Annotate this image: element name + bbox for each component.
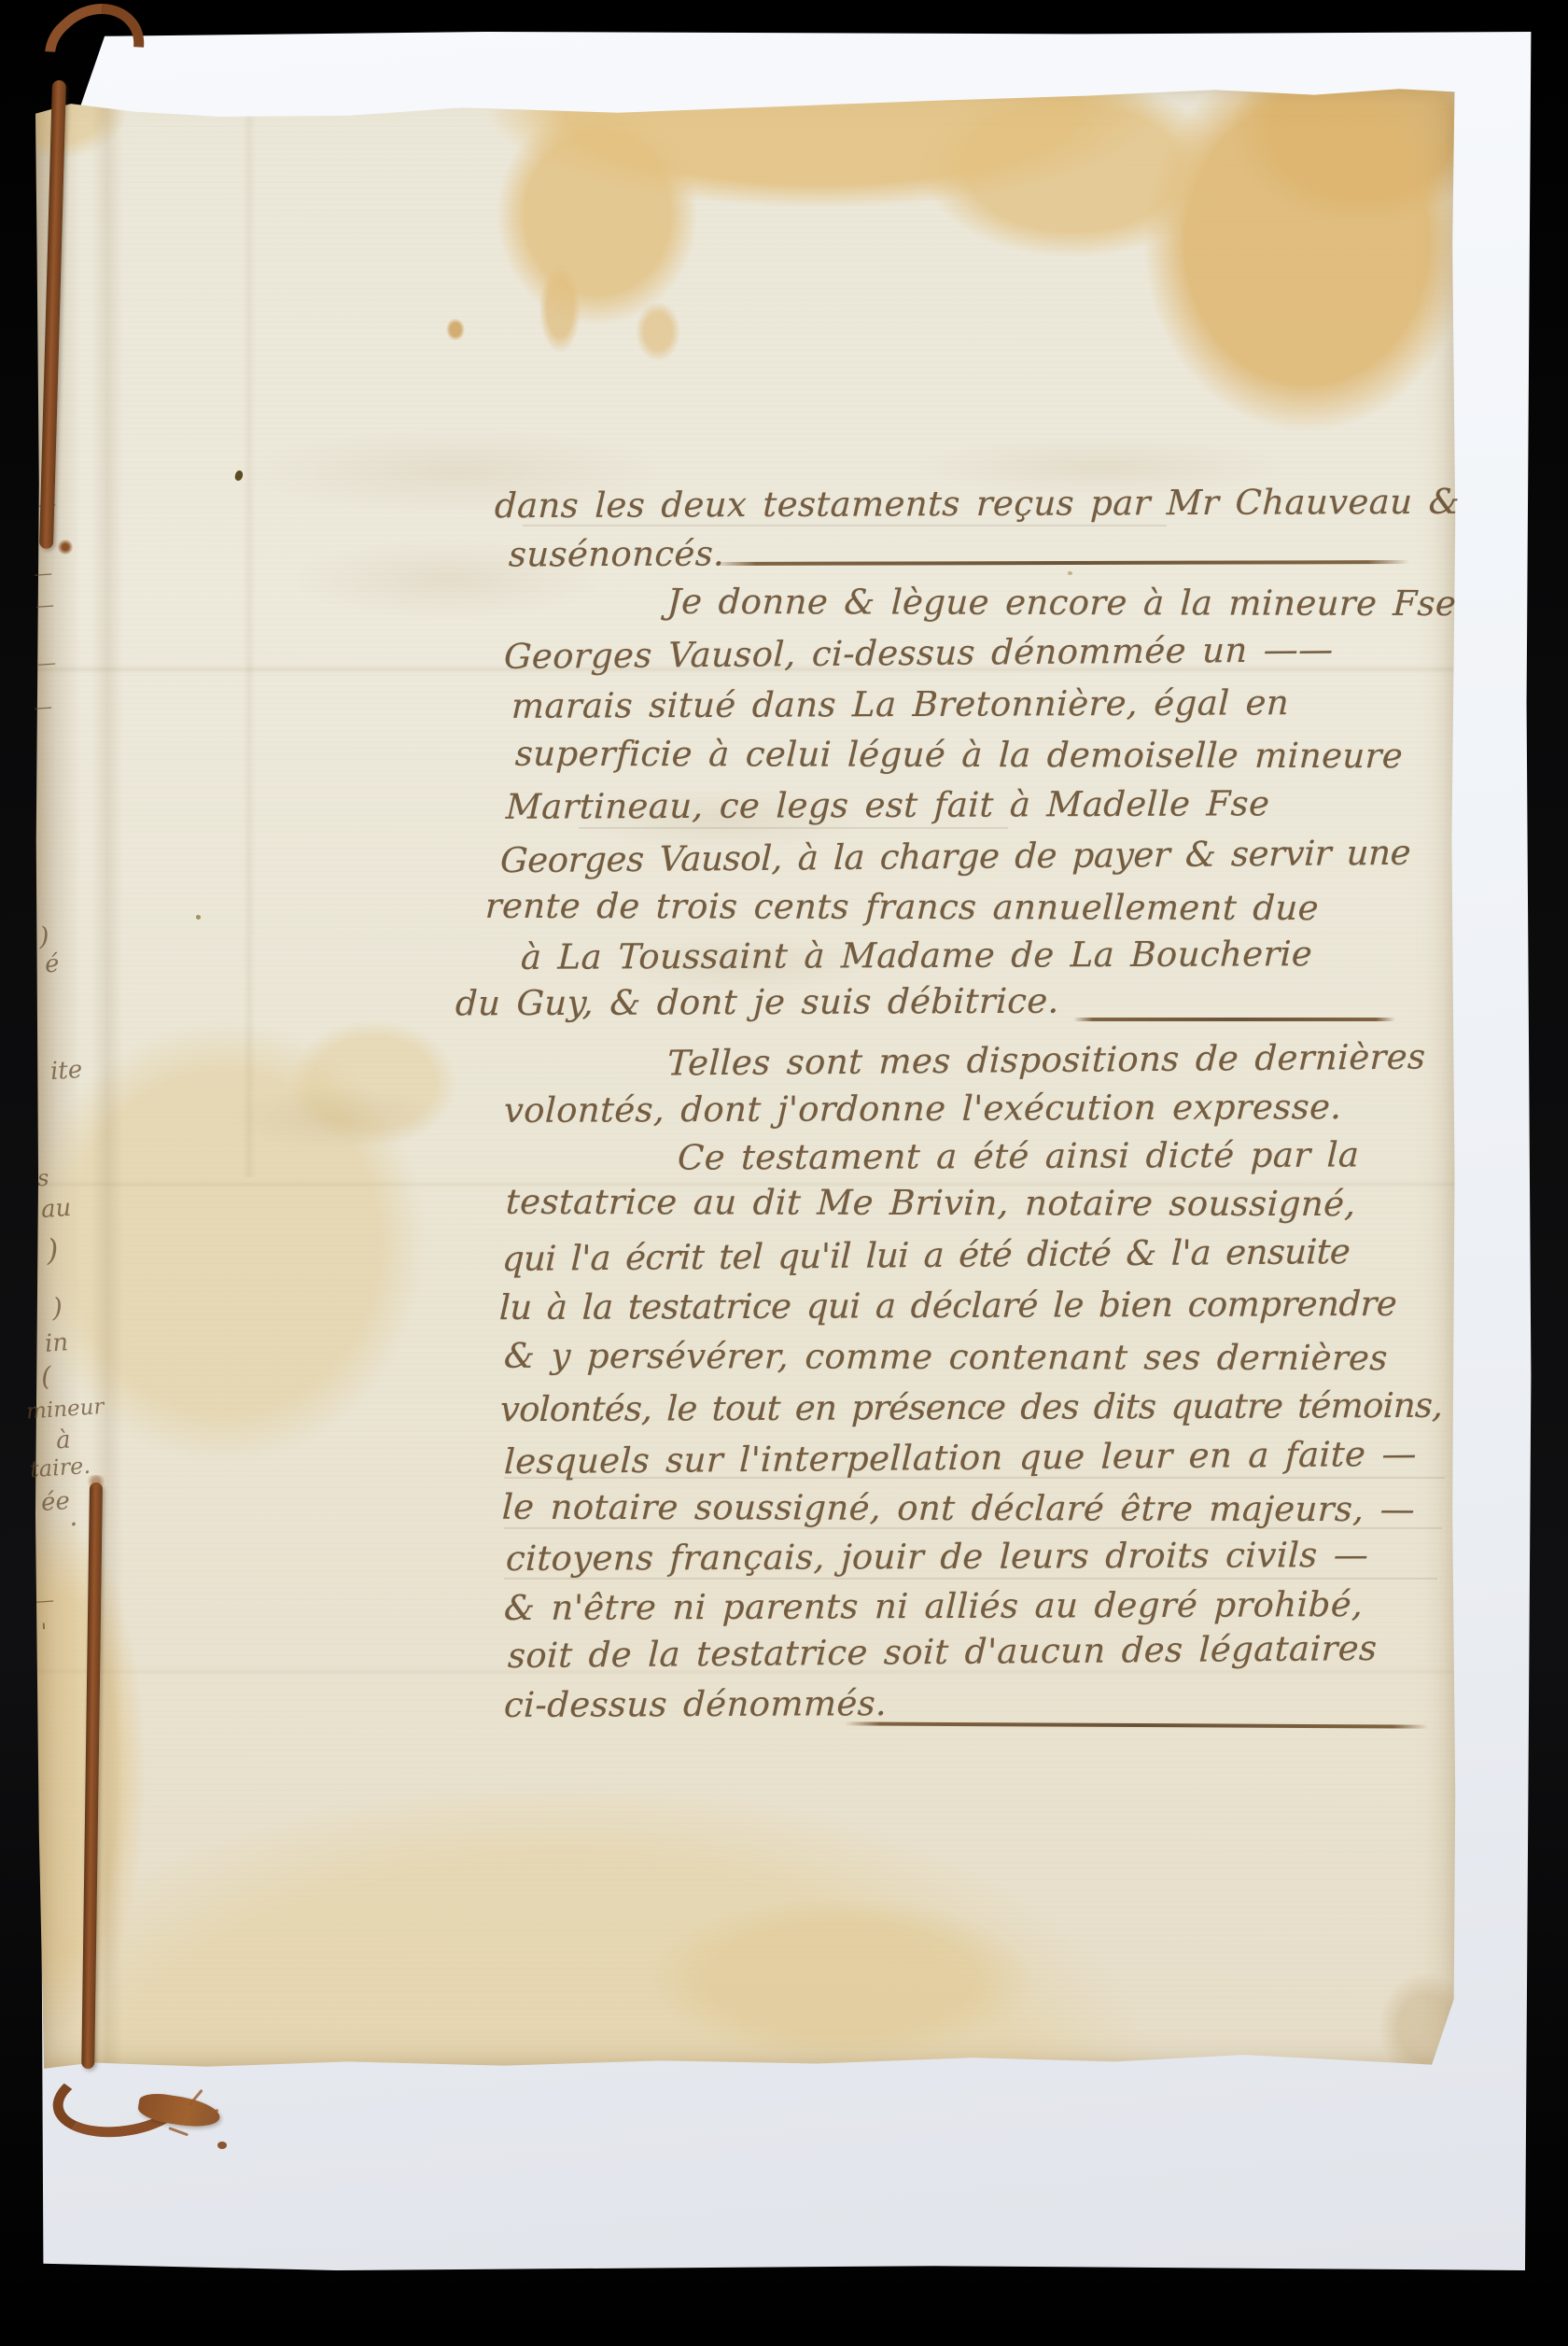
manuscript-line: du Guy, & dont je suis débitrice.: [455, 981, 1059, 1024]
edge-fragment: (: [40, 1361, 52, 1393]
edge-fragment: —: [35, 1588, 55, 1611]
edge-fragment: —: [35, 593, 55, 616]
edge-fragment: ': [40, 1619, 49, 1645]
manuscript-line: volontés, dont j'ordonne l'exécution exp…: [503, 1087, 1342, 1131]
manuscript-line: ci-dessus dénommés.: [503, 1683, 888, 1725]
pencil-guide-line: [504, 1527, 1442, 1529]
manuscript-line: Ce testament a été ainsi dicté par la: [677, 1134, 1360, 1177]
edge-fragment: ): [51, 1292, 63, 1324]
manuscript-line: citoyens français, jouir de leurs droits…: [505, 1535, 1369, 1579]
edge-fragment: au: [40, 1194, 72, 1224]
manuscript-line: le notaire soussigné, ont déclaré être m…: [501, 1487, 1416, 1530]
edge-fragment: à: [55, 1426, 72, 1454]
thread-hole-shadow: [86, 1475, 106, 1488]
manuscript-line: lesquels sur l'interpellation que leur e…: [503, 1434, 1417, 1482]
ink-rule: [845, 1721, 1428, 1728]
manuscript-line: Martineau, ce legs est fait à Madelle Fs…: [505, 783, 1270, 827]
edge-fragment: in: [44, 1328, 69, 1358]
manuscript-line: soit de la testatrice soit d'aucun des l…: [507, 1628, 1378, 1676]
archival-scan: dans les deux testaments reçus par Mr Ch…: [0, 0, 1568, 2346]
pencil-guide-line: [504, 1578, 1437, 1580]
edge-fragment: —: [36, 651, 57, 674]
manuscript-line: susénoncés.: [508, 533, 725, 574]
manuscript-line: superficie à celui légué à la demoiselle…: [514, 734, 1404, 776]
ink-rule: [714, 560, 1409, 566]
thread-frayed-tip: [58, 540, 73, 555]
manuscript-line: lu à la testatrice qui a déclaré le bien…: [498, 1284, 1397, 1328]
edge-fragment: ée: [40, 1487, 71, 1517]
edge-fragment: é: [44, 949, 60, 978]
pencil-guide-line: [504, 1477, 1445, 1479]
handwriting-layer: dans les deux testaments reçus par Mr Ch…: [0, 0, 1568, 2346]
manuscript-line: testatrice au dit Me Brivin, notaire sou…: [505, 1182, 1356, 1224]
manuscript-line: volontés, le tout en présence des dits q…: [499, 1385, 1443, 1429]
edge-fragment: mineure,: [25, 1393, 105, 1424]
edge-fragment: —: [33, 695, 53, 718]
manuscript-line: qui l'a écrit tel qu'il lui a été dicté …: [501, 1231, 1351, 1279]
ink-rule: [1073, 1018, 1395, 1021]
edge-fragment: taire.: [29, 1453, 91, 1482]
edge-fragment: s: [36, 1165, 49, 1192]
manuscript-line: dans les deux testaments reçus par Mr Ch…: [494, 482, 1460, 527]
edge-fragment: ite: [49, 1056, 83, 1086]
manuscript-line: Je donne & lègue encore à la mineure Fse: [666, 582, 1457, 624]
manuscript-line: Georges Vausol, à la charge de payer & s…: [499, 833, 1411, 881]
thread-crumb: [217, 2142, 227, 2149]
manuscript-line: rente de trois cents francs annuellement…: [484, 886, 1320, 928]
edge-fragment: .: [68, 1501, 78, 1533]
manuscript-line: Telles sont mes dispositions de dernière…: [666, 1036, 1426, 1083]
manuscript-line: Georges Vausol, ci-dessus dénommée un ——: [503, 629, 1334, 677]
edge-fragment: ): [38, 922, 50, 952]
manuscript-line: marais situé dans La Bretonnière, égal e…: [511, 682, 1289, 726]
edge-fragment: ): [46, 1232, 60, 1269]
edge-fragment: —: [33, 561, 53, 584]
pencil-guide-line: [523, 525, 1167, 527]
manuscript-line: & y persévérer, comme contenant ses dern…: [503, 1336, 1388, 1378]
manuscript-line: & n'être ni parents ni alliés au degré p…: [503, 1584, 1364, 1628]
pencil-guide-line: [579, 827, 1008, 829]
manuscript-line: à La Toussaint à Madame de La Boucherie: [520, 934, 1313, 977]
